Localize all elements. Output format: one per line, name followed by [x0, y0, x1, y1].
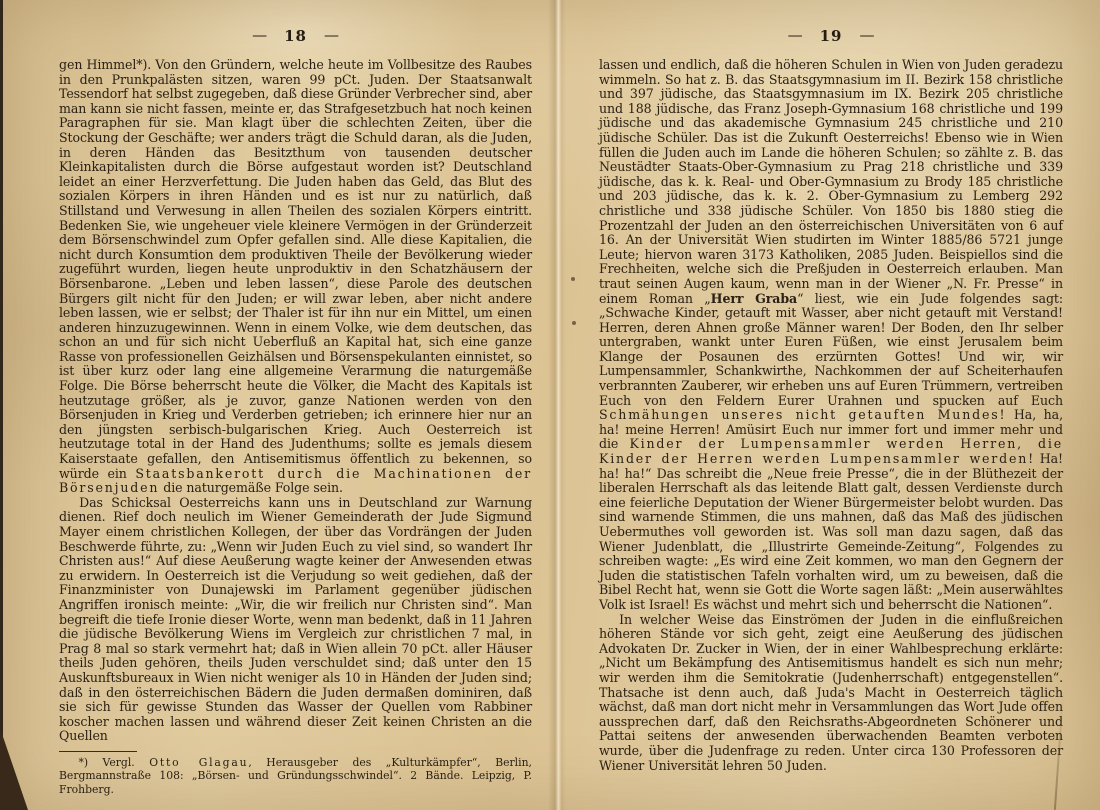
- header-dash: —: [324, 26, 339, 44]
- header-dash: —: [252, 26, 267, 44]
- header-dash: —: [788, 26, 803, 44]
- paragraph: In welcher Weise das Einströmen der Jude…: [599, 613, 1063, 774]
- text-segment: “ liest, wie ein Jude folgendes sagt: „S…: [599, 291, 1063, 408]
- text-segment: Otto Glagau: [149, 756, 248, 769]
- header-dash: —: [859, 26, 874, 44]
- paragraph: lassen und endlich, daß die höheren Schu…: [599, 58, 1063, 613]
- paragraph: Das Schicksal Oesterreichs kann uns in D…: [59, 496, 532, 744]
- paragraph: *) Vergl. Otto Glagau, Herausgeber des „…: [59, 756, 532, 796]
- text-segment: In welcher Weise das Einströmen der Jude…: [599, 612, 1063, 773]
- paragraph: gen Himmel*). Von den Gründern, welche h…: [59, 58, 532, 496]
- text-segment: Ha! ha! ha!“ Das schreibt die „Neue frei…: [599, 451, 1063, 612]
- page-number: 19: [820, 27, 843, 45]
- staple-mark: [571, 277, 575, 281]
- text-segment: Das Schicksal Oesterreichs kann uns in D…: [59, 495, 532, 744]
- gutter-crease: [548, 0, 566, 810]
- book-scan: —18— gen Himmel*). Von den Gründern, wel…: [0, 0, 1100, 810]
- text-segment: Kinder der Lumpensammler werden Herren, …: [599, 436, 1063, 466]
- text-segment: die naturgemäße Folge sein.: [159, 480, 343, 495]
- page-19-body: lassen und endlich, daß die höheren Schu…: [599, 58, 1063, 773]
- page-18: —18— gen Himmel*). Von den Gründern, wel…: [59, 0, 532, 796]
- page-18-body: gen Himmel*). Von den Gründern, welche h…: [59, 58, 532, 744]
- text-segment: Schmähungen unseres nicht getauften Mund…: [599, 407, 1006, 422]
- page-18-header: —18—: [59, 27, 532, 45]
- footnote: *) Vergl. Otto Glagau, Herausgeber des „…: [59, 756, 532, 796]
- text-segment: *) Vergl.: [78, 756, 149, 769]
- staple-mark: [572, 321, 576, 325]
- text-segment: Herr Graba: [711, 291, 797, 306]
- page-19: —19— lassen und endlich, daß die höheren…: [599, 0, 1063, 773]
- footnote-rule: [59, 751, 137, 752]
- page-19-header: —19—: [599, 27, 1063, 45]
- text-segment: gen Himmel*). Von den Gründern, welche h…: [59, 57, 532, 481]
- text-segment: lassen und endlich, daß die höheren Schu…: [599, 57, 1063, 306]
- page-number: 18: [284, 27, 307, 45]
